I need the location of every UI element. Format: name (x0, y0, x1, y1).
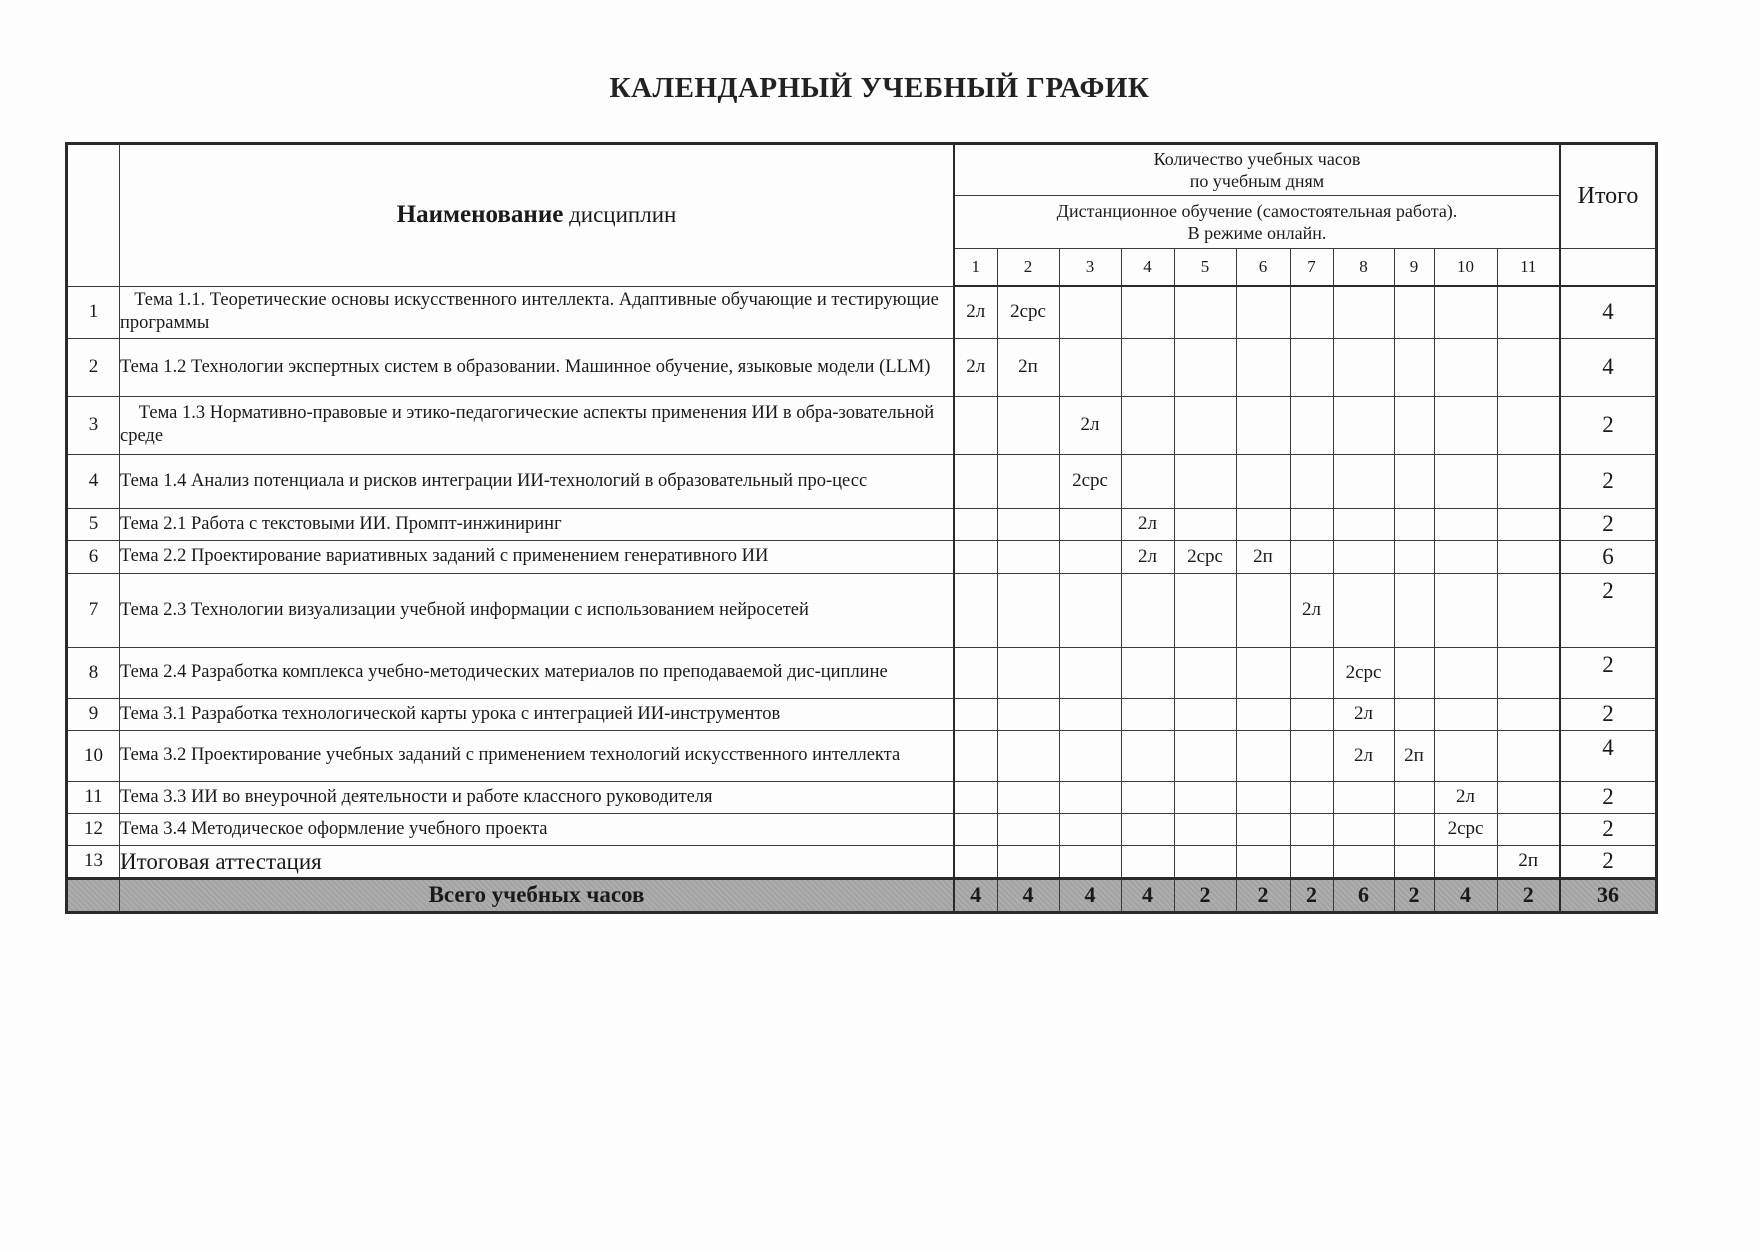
header-name-rest: дисциплин (563, 202, 676, 227)
table-row: 8Тема 2.4 Разработка комплекса учебно-ме… (67, 647, 1657, 698)
header-day-7: 7 (1290, 249, 1333, 287)
header-hours-line2: по учебным дням (955, 170, 1559, 192)
day-10-hours (1434, 540, 1497, 573)
table-row: 7Тема 2.3 Технологии визуализации учебно… (67, 573, 1657, 647)
day-1-hours (954, 781, 997, 813)
day-3-hours: 2л (1059, 396, 1121, 454)
summary-day-5: 2 (1174, 878, 1236, 912)
day-10-hours (1434, 647, 1497, 698)
day-10-hours (1434, 454, 1497, 508)
day-1-hours (954, 698, 997, 730)
discipline-name: Тема 1.2 Технологии экспертных систем в … (120, 338, 955, 396)
day-1-hours (954, 396, 997, 454)
header-day-10: 10 (1434, 249, 1497, 287)
header-number-column (67, 144, 120, 287)
row-number: 2 (67, 338, 120, 396)
day-6-hours (1236, 573, 1290, 647)
day-2-hours: 2п (997, 338, 1059, 396)
day-9-hours (1394, 647, 1434, 698)
table-row: 2Тема 1.2 Технологии экспертных систем в… (67, 338, 1657, 396)
day-1-hours (954, 730, 997, 781)
table-row: 1Тема 1.1. Теоретические основы искусств… (67, 286, 1657, 338)
summary-day-6: 2 (1236, 878, 1290, 912)
day-1-hours (954, 573, 997, 647)
page-title: КАЛЕНДАРНЫЙ УЧЕБНЫЙ ГРАФИК (0, 72, 1759, 105)
day-9-hours (1394, 698, 1434, 730)
day-8-hours (1333, 813, 1394, 845)
day-11-hours (1497, 781, 1560, 813)
row-total: 2 (1560, 454, 1657, 508)
day-2-hours (997, 540, 1059, 573)
day-6-hours (1236, 813, 1290, 845)
day-1-hours: 2л (954, 286, 997, 338)
day-5-hours (1174, 813, 1236, 845)
day-5-hours (1174, 845, 1236, 878)
table-body: 1Тема 1.1. Теоретические основы искусств… (67, 286, 1657, 912)
day-7-hours (1290, 647, 1333, 698)
day-4-hours (1121, 286, 1174, 338)
day-11-hours (1497, 647, 1560, 698)
day-4-hours (1121, 781, 1174, 813)
day-11-hours (1497, 396, 1560, 454)
summary-day-1: 4 (954, 878, 997, 912)
discipline-name: Тема 2.4 Разработка комплекса учебно-мет… (120, 647, 955, 698)
discipline-name: Тема 2.1 Работа с текстовыми ИИ. Промпт-… (120, 508, 955, 540)
day-5-hours (1174, 730, 1236, 781)
day-6-hours (1236, 698, 1290, 730)
row-total: 6 (1560, 540, 1657, 573)
row-total: 2 (1560, 573, 1657, 647)
day-3-hours (1059, 338, 1121, 396)
day-5-hours (1174, 286, 1236, 338)
day-8-hours (1333, 781, 1394, 813)
day-10-hours (1434, 845, 1497, 878)
day-5-hours (1174, 396, 1236, 454)
day-11-hours (1497, 540, 1560, 573)
day-11-hours (1497, 730, 1560, 781)
day-7-hours (1290, 454, 1333, 508)
row-number: 11 (67, 781, 120, 813)
day-8-hours: 2срс (1333, 647, 1394, 698)
day-3-hours (1059, 540, 1121, 573)
day-3-hours (1059, 813, 1121, 845)
summary-label: Всего учебных часов (120, 878, 955, 912)
day-8-hours (1333, 286, 1394, 338)
day-8-hours (1333, 540, 1394, 573)
day-2-hours: 2срс (997, 286, 1059, 338)
table-header: Наименование дисциплин Количество учебны… (67, 144, 1657, 287)
day-11-hours (1497, 698, 1560, 730)
header-mode-line1: Дистанционное обучение (самостоятельная … (955, 200, 1559, 222)
day-2-hours (997, 781, 1059, 813)
day-8-hours (1333, 508, 1394, 540)
day-3-hours (1059, 781, 1121, 813)
discipline-name: Тема 3.3 ИИ во внеурочной деятельности и… (120, 781, 955, 813)
header-hours-line1: Количество учебных часов (955, 148, 1559, 170)
row-total: 2 (1560, 647, 1657, 698)
day-11-hours (1497, 813, 1560, 845)
day-10-hours (1434, 698, 1497, 730)
header-learning-mode: Дистанционное обучение (самостоятельная … (954, 196, 1560, 249)
row-total: 4 (1560, 730, 1657, 781)
day-4-hours (1121, 338, 1174, 396)
day-6-hours (1236, 286, 1290, 338)
header-day-4: 4 (1121, 249, 1174, 287)
day-8-hours (1333, 573, 1394, 647)
day-3-hours (1059, 730, 1121, 781)
day-5-hours (1174, 781, 1236, 813)
header-day-5: 5 (1174, 249, 1236, 287)
summary-number-blank (67, 878, 120, 912)
discipline-name: Тема 1.4 Анализ потенциала и рисков инте… (120, 454, 955, 508)
row-number: 9 (67, 698, 120, 730)
day-8-hours (1333, 454, 1394, 508)
discipline-name: Итоговая аттестация (120, 845, 955, 878)
discipline-name: Тема 2.2 Проектирование вариативных зада… (120, 540, 955, 573)
day-6-hours (1236, 396, 1290, 454)
discipline-name: Тема 3.2 Проектирование учебных заданий … (120, 730, 955, 781)
row-total: 2 (1560, 813, 1657, 845)
row-number: 3 (67, 396, 120, 454)
summary-grand-total: 36 (1560, 878, 1657, 912)
day-7-hours (1290, 286, 1333, 338)
day-7-hours (1290, 338, 1333, 396)
discipline-name: Тема 3.4 Методическое оформление учебног… (120, 813, 955, 845)
day-7-hours (1290, 698, 1333, 730)
table-row: 3Тема 1.3 Нормативно-правовые и этико-пе… (67, 396, 1657, 454)
day-3-hours (1059, 647, 1121, 698)
summary-day-3: 4 (1059, 878, 1121, 912)
discipline-name: Тема 3.1 Разработка технологической карт… (120, 698, 955, 730)
table-row: 9Тема 3.1 Разработка технологической кар… (67, 698, 1657, 730)
row-number: 10 (67, 730, 120, 781)
header-day-3: 3 (1059, 249, 1121, 287)
table-row: 6Тема 2.2 Проектирование вариативных зад… (67, 540, 1657, 573)
day-3-hours (1059, 508, 1121, 540)
day-9-hours (1394, 396, 1434, 454)
header-day-6: 6 (1236, 249, 1290, 287)
day-5-hours (1174, 573, 1236, 647)
day-10-hours (1434, 396, 1497, 454)
day-8-hours (1333, 396, 1394, 454)
day-8-hours (1333, 845, 1394, 878)
day-10-hours: 2л (1434, 781, 1497, 813)
row-total: 2 (1560, 698, 1657, 730)
calendar-schedule-table: Наименование дисциплин Количество учебны… (65, 142, 1658, 914)
row-total: 2 (1560, 781, 1657, 813)
header-day-9: 9 (1394, 249, 1434, 287)
day-10-hours (1434, 730, 1497, 781)
day-7-hours (1290, 813, 1333, 845)
day-3-hours: 2срс (1059, 454, 1121, 508)
day-9-hours (1394, 286, 1434, 338)
day-8-hours (1333, 338, 1394, 396)
day-1-hours (954, 540, 997, 573)
day-10-hours (1434, 573, 1497, 647)
row-number: 12 (67, 813, 120, 845)
day-8-hours: 2л (1333, 698, 1394, 730)
day-5-hours (1174, 338, 1236, 396)
discipline-name: Тема 1.3 Нормативно-правовые и этико-пед… (120, 396, 955, 454)
row-number: 1 (67, 286, 120, 338)
day-11-hours: 2п (1497, 845, 1560, 878)
day-9-hours (1394, 781, 1434, 813)
day-11-hours (1497, 286, 1560, 338)
day-5-hours (1174, 508, 1236, 540)
summary-day-11: 2 (1497, 878, 1560, 912)
day-2-hours (997, 396, 1059, 454)
day-4-hours (1121, 396, 1174, 454)
day-9-hours (1394, 845, 1434, 878)
day-5-hours (1174, 454, 1236, 508)
day-9-hours (1394, 338, 1434, 396)
day-10-hours (1434, 508, 1497, 540)
header-total: Итого (1560, 144, 1657, 249)
day-4-hours (1121, 647, 1174, 698)
header-day-8: 8 (1333, 249, 1394, 287)
day-6-hours (1236, 508, 1290, 540)
day-2-hours (997, 730, 1059, 781)
day-10-hours (1434, 286, 1497, 338)
day-2-hours (997, 698, 1059, 730)
day-1-hours (954, 647, 997, 698)
day-6-hours (1236, 338, 1290, 396)
row-number: 5 (67, 508, 120, 540)
day-1-hours (954, 508, 997, 540)
day-6-hours (1236, 730, 1290, 781)
day-6-hours (1236, 647, 1290, 698)
day-1-hours: 2л (954, 338, 997, 396)
header-mode-line2: В режиме онлайн. (955, 222, 1559, 244)
day-6-hours (1236, 845, 1290, 878)
day-4-hours (1121, 730, 1174, 781)
row-total: 4 (1560, 338, 1657, 396)
summary-day-2: 4 (997, 878, 1059, 912)
day-3-hours (1059, 698, 1121, 730)
discipline-name: Тема 2.3 Технологии визуализации учебной… (120, 573, 955, 647)
day-2-hours (997, 573, 1059, 647)
day-7-hours (1290, 781, 1333, 813)
day-1-hours (954, 845, 997, 878)
day-1-hours (954, 813, 997, 845)
row-total: 2 (1560, 508, 1657, 540)
row-number: 13 (67, 845, 120, 878)
day-2-hours (997, 813, 1059, 845)
day-11-hours (1497, 573, 1560, 647)
row-number: 6 (67, 540, 120, 573)
day-2-hours (997, 508, 1059, 540)
day-4-hours (1121, 573, 1174, 647)
day-5-hours (1174, 647, 1236, 698)
row-total: 2 (1560, 845, 1657, 878)
table-row: 11Тема 3.3 ИИ во внеурочной деятельности… (67, 781, 1657, 813)
summary-day-10: 4 (1434, 878, 1497, 912)
row-number: 7 (67, 573, 120, 647)
table-row: 13Итоговая аттестация2п2 (67, 845, 1657, 878)
day-2-hours (997, 845, 1059, 878)
day-9-hours (1394, 540, 1434, 573)
day-9-hours (1394, 573, 1434, 647)
discipline-name: Тема 1.1. Теоретические основы искусстве… (120, 286, 955, 338)
day-9-hours: 2п (1394, 730, 1434, 781)
day-3-hours (1059, 573, 1121, 647)
day-4-hours (1121, 698, 1174, 730)
day-7-hours: 2л (1290, 573, 1333, 647)
day-3-hours (1059, 286, 1121, 338)
table-row: 5Тема 2.1 Работа с текстовыми ИИ. Промпт… (67, 508, 1657, 540)
row-number: 8 (67, 647, 120, 698)
header-hours-by-day: Количество учебных часов по учебным дням (954, 144, 1560, 196)
day-4-hours: 2л (1121, 540, 1174, 573)
table-row: 12Тема 3.4 Методическое оформление учебн… (67, 813, 1657, 845)
day-6-hours (1236, 454, 1290, 508)
summary-day-8: 6 (1333, 878, 1394, 912)
table-row: 4Тема 1.4 Анализ потенциала и рисков инт… (67, 454, 1657, 508)
day-3-hours (1059, 845, 1121, 878)
day-5-hours (1174, 698, 1236, 730)
day-11-hours (1497, 508, 1560, 540)
row-total: 2 (1560, 396, 1657, 454)
day-8-hours: 2л (1333, 730, 1394, 781)
day-7-hours (1290, 508, 1333, 540)
header-discipline-name: Наименование дисциплин (120, 144, 955, 287)
day-9-hours (1394, 454, 1434, 508)
day-2-hours (997, 454, 1059, 508)
day-7-hours (1290, 730, 1333, 781)
row-number: 4 (67, 454, 120, 508)
header-day-11: 11 (1497, 249, 1560, 287)
day-11-hours (1497, 454, 1560, 508)
header-name-bold: Наименование (397, 201, 564, 228)
day-7-hours (1290, 845, 1333, 878)
row-total: 4 (1560, 286, 1657, 338)
day-9-hours (1394, 508, 1434, 540)
day-7-hours (1290, 396, 1333, 454)
day-1-hours (954, 454, 997, 508)
day-4-hours (1121, 813, 1174, 845)
header-day-1: 1 (954, 249, 997, 287)
day-4-hours (1121, 845, 1174, 878)
day-6-hours (1236, 781, 1290, 813)
summary-day-4: 4 (1121, 878, 1174, 912)
header-day-2: 2 (997, 249, 1059, 287)
day-7-hours (1290, 540, 1333, 573)
day-4-hours (1121, 454, 1174, 508)
summary-day-9: 2 (1394, 878, 1434, 912)
day-11-hours (1497, 338, 1560, 396)
summary-row: Всего учебных часов4444222624236 (67, 878, 1657, 912)
day-10-hours (1434, 338, 1497, 396)
table-row: 10Тема 3.2 Проектирование учебных задани… (67, 730, 1657, 781)
header-total-blank (1560, 249, 1657, 287)
day-4-hours: 2л (1121, 508, 1174, 540)
day-2-hours (997, 647, 1059, 698)
day-10-hours: 2срс (1434, 813, 1497, 845)
day-6-hours: 2п (1236, 540, 1290, 573)
day-5-hours: 2срс (1174, 540, 1236, 573)
day-9-hours (1394, 813, 1434, 845)
summary-day-7: 2 (1290, 878, 1333, 912)
